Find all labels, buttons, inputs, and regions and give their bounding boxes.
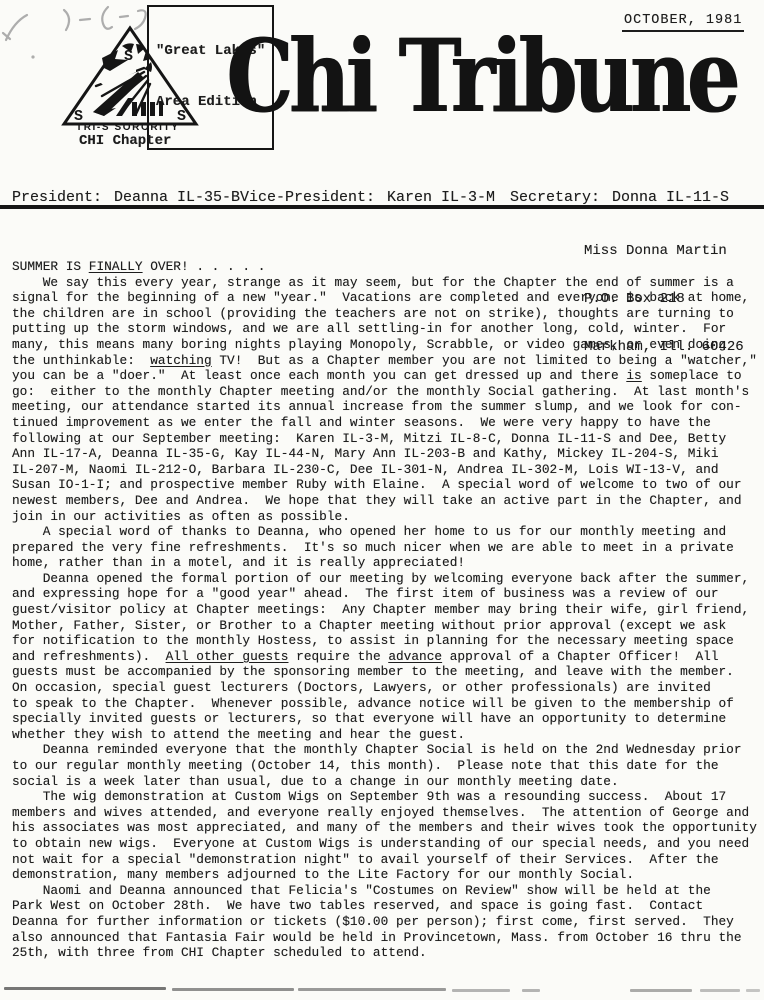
article-line: prepared the very fine refreshments. It'… xyxy=(12,540,758,556)
article: SUMMER IS FINALLY OVER! . . . . . We say… xyxy=(12,259,758,961)
article-line: guest/visitor policy at Chapter meetings… xyxy=(12,602,758,618)
scan-smudge xyxy=(298,988,446,991)
article-line: go: either to the monthly Chapter meetin… xyxy=(12,384,758,400)
article-line: On occasion, special guest lecturers (Do… xyxy=(12,680,758,696)
article-line: join in our activities as often as possi… xyxy=(12,509,758,525)
article-line: 25th, with three from CHI Chapter schedu… xyxy=(12,945,758,961)
article-line: the unthinkable: watching TV! But as a C… xyxy=(12,353,758,369)
officer-president: President:Deanna IL-35-B xyxy=(12,189,240,206)
article-line: Deanna for further information or ticket… xyxy=(12,914,758,930)
article-line: also announced that Fantasia Fair would … xyxy=(12,930,758,946)
article-line: IL-207-M, Naomi IL-212-O, Barbara IL-230… xyxy=(12,462,758,478)
article-line: putting up the storm windows, and we are… xyxy=(12,321,758,337)
article-line: the children are in school (providing th… xyxy=(12,306,758,322)
president-label: President: xyxy=(12,189,102,206)
article-line: guests must be accompanied by the sponso… xyxy=(12,664,758,680)
article-line: demonstration, many members adjourned to… xyxy=(12,867,758,883)
article-line: and refreshments). All other guests requ… xyxy=(12,649,758,665)
officer-vice-president: Vice-President:Karen IL-3-M xyxy=(240,189,495,206)
scan-smudge xyxy=(522,989,540,992)
officer-secretary: Secretary:Donna IL-11-S xyxy=(510,189,729,206)
article-line: Deanna opened the formal portion of our … xyxy=(12,571,758,587)
article-line: Naomi and Deanna announced that Felicia'… xyxy=(12,883,758,899)
article-line: Ann IL-17-A, Deanna IL-35-G, Kay IL-44-N… xyxy=(12,446,758,462)
article-line: his associates was most appreciated, and… xyxy=(12,820,758,836)
article-line: whether they wish to attend the meeting … xyxy=(12,727,758,743)
article-line: many, this means many boring nights play… xyxy=(12,337,758,353)
article-lines: We say this every year, strange as it ma… xyxy=(12,275,758,961)
president-value: Deanna IL-35-B xyxy=(114,189,240,206)
article-line: following at our September meeting: Kare… xyxy=(12,431,758,447)
scan-smudge xyxy=(172,988,294,991)
officers-bar: President:Deanna IL-35-B Vice-President:… xyxy=(0,189,764,205)
article-line: and expressing hope for a "good year" ah… xyxy=(12,586,758,602)
pencil-dot xyxy=(31,55,34,58)
article-line: A special word of thanks to Deanna, who … xyxy=(12,524,758,540)
article-line: to obtain new wigs. Everyone at Custom W… xyxy=(12,836,758,852)
article-line: Mother, Father, Sister, or Brother to a … xyxy=(12,618,758,634)
article-line: tinued improvement as we enter the fall … xyxy=(12,415,758,431)
scan-smudge xyxy=(4,987,166,990)
article-line: signal for the beginning of a new "year.… xyxy=(12,290,758,306)
scan-smudge xyxy=(452,989,510,992)
article-line: newest members, Dee and Andrea. We hope … xyxy=(12,493,758,509)
article-line: Deanna reminded everyone that the monthl… xyxy=(12,742,758,758)
article-line: meeting, our attendance started its annu… xyxy=(12,399,758,415)
secretary-value: Donna IL-11-S xyxy=(612,189,729,206)
newsletter-page: "Great Lakes" Area Edition OCTOBER, 1981… xyxy=(0,0,764,1000)
scan-smudge xyxy=(746,989,760,992)
sorority-triangle-icon: S S S xyxy=(56,24,204,128)
secretary-label: Secretary: xyxy=(510,189,600,206)
article-line: to our regular monthly meeting (October … xyxy=(12,758,758,774)
masthead-title: Chi Tribune xyxy=(226,26,736,126)
logo-chapter-name: CHI Chapter xyxy=(79,133,171,149)
vice-president-label: Vice-President: xyxy=(240,189,375,206)
article-line: you can be a "doer." At least once each … xyxy=(12,368,758,384)
article-line: The wig demonstration at Custom Wigs on … xyxy=(12,789,758,805)
article-line: specially invited guests or lecturers, s… xyxy=(12,711,758,727)
scan-smudge xyxy=(700,989,740,992)
article-line: social is a week later than usual, due t… xyxy=(12,774,758,790)
article-line: We say this every year, strange as it ma… xyxy=(12,275,758,291)
article-line: Susan IO-1-I; and prospective member Rub… xyxy=(12,477,758,493)
article-line: Park West on October 28th. We have two t… xyxy=(12,898,758,914)
article-heading: SUMMER IS FINALLY OVER! . . . . . xyxy=(12,259,758,275)
article-line: to speak to the Chapter. Whenever possib… xyxy=(12,696,758,712)
logo-letter-top: S xyxy=(124,48,133,65)
article-line: home, rather than in a motel, and it is … xyxy=(12,555,758,571)
article-line: for notification to the monthly Hostess,… xyxy=(12,633,758,649)
contact-name: Miss Donna Martin xyxy=(584,243,744,259)
logo-org-name: TRI-S SORORITY xyxy=(76,122,180,133)
article-line: not wait for a special "demonstration ni… xyxy=(12,852,758,868)
officers-divider xyxy=(0,205,764,209)
article-line: members and wives attended, and everyone… xyxy=(12,805,758,821)
scan-smudge xyxy=(630,989,692,992)
vice-president-value: Karen IL-3-M xyxy=(387,189,495,206)
